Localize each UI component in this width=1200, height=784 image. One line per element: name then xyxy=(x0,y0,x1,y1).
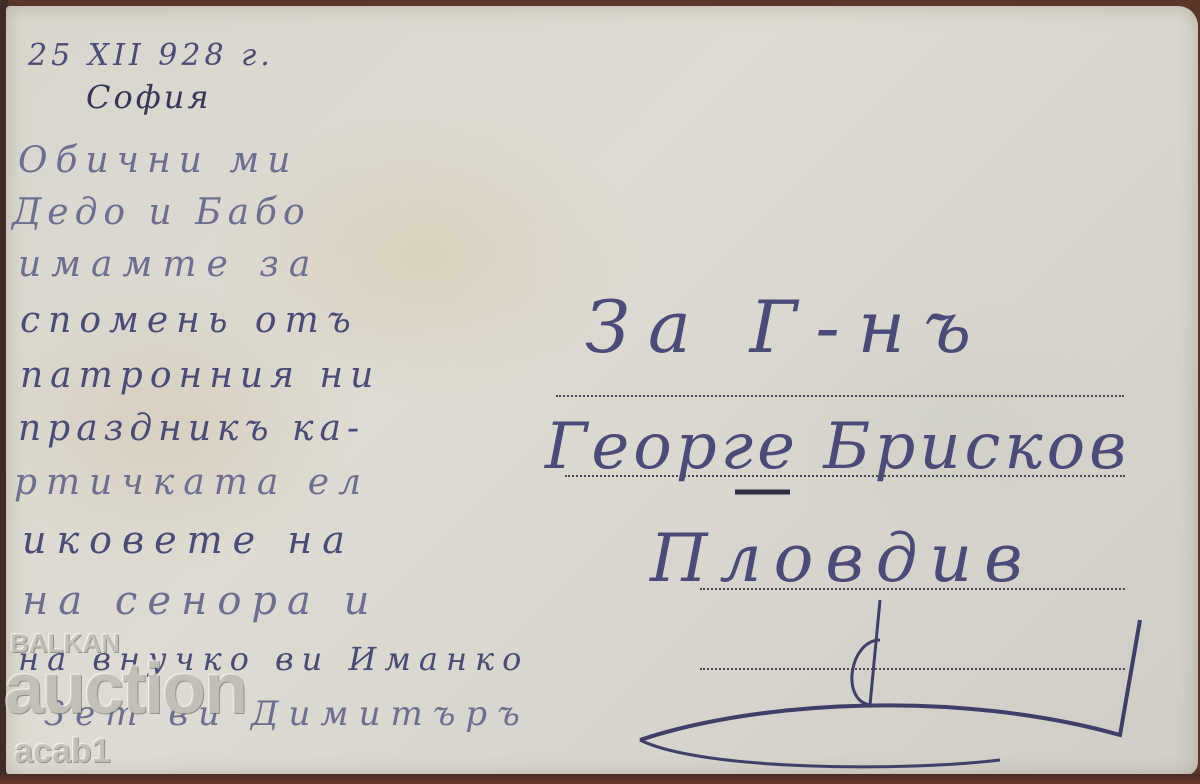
watermark-auction: auction xyxy=(4,648,246,730)
watermark-user: acab1 xyxy=(14,732,110,771)
